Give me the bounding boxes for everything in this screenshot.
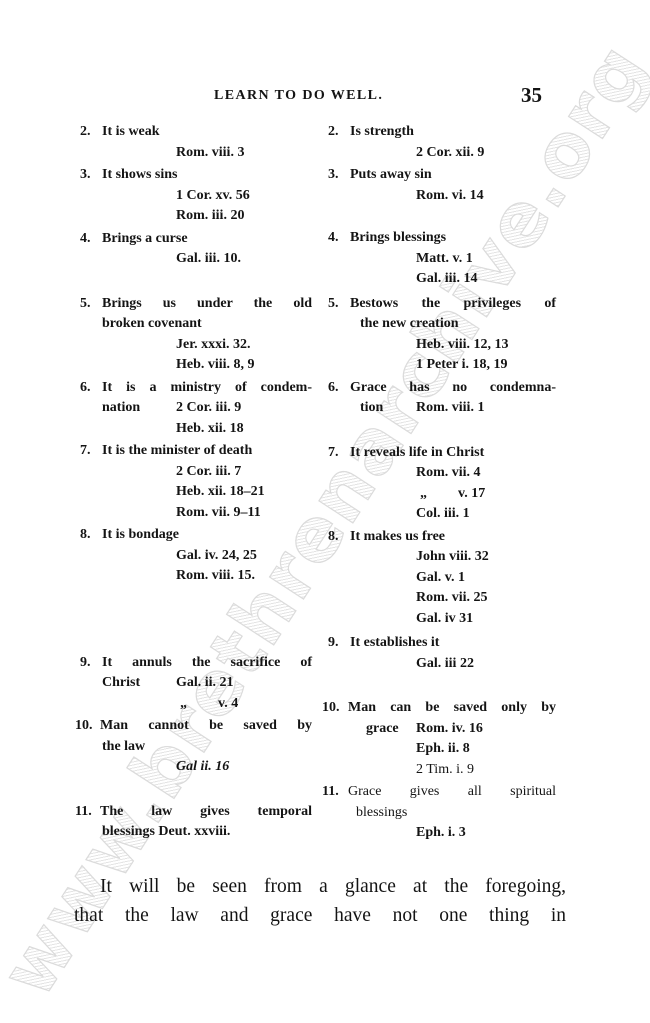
law-item-2: 2.It is weak Rom. viii. 3 bbox=[80, 122, 312, 163]
item-text: It is bondage bbox=[102, 525, 312, 546]
scripture-ref: 2 Cor. xii. 9 bbox=[328, 143, 556, 164]
scripture-ref: Matt. v. 1 bbox=[328, 249, 556, 270]
item-text: Man can be saved only by bbox=[348, 698, 556, 719]
scripture-ref: Rom. iii. 20 bbox=[80, 206, 312, 227]
scripture-ref: Rom. vii. 9–11 bbox=[80, 503, 312, 524]
law-item-4: 4.Brings a curse Gal. iii. 10. bbox=[80, 229, 312, 270]
item-text: It annuls the sacrifice of bbox=[102, 653, 312, 674]
item-text: grace bbox=[366, 719, 416, 740]
scripture-ref: 1 Peter i. 18, 19 bbox=[328, 355, 556, 376]
law-item-6: 6.It is a ministry of condem- nation2 Co… bbox=[80, 378, 312, 440]
item-text: It is weak bbox=[102, 122, 312, 143]
scripture-ref: „v. 4 bbox=[80, 694, 312, 715]
scripture-ref: Heb. viii. 12, 13 bbox=[328, 335, 556, 356]
scripture-ref: Gal ii. 16 bbox=[80, 757, 312, 778]
grace-item-4: 4.Brings blessings Matt. v. 1 Gal. iii. … bbox=[328, 228, 556, 290]
item-number: 10. bbox=[322, 698, 348, 719]
item-text: It is the minister of death bbox=[102, 441, 312, 462]
item-text: It makes us free bbox=[350, 527, 556, 548]
item-text: Is strength bbox=[350, 122, 556, 143]
item-text: tion bbox=[360, 398, 416, 419]
ditto-mark: „ bbox=[416, 484, 458, 505]
item-number: 3. bbox=[80, 165, 102, 186]
scripture-ref: Rom. vi. 14 bbox=[328, 186, 556, 207]
item-number: 9. bbox=[328, 633, 350, 654]
scripture-ref: Rom. viii. 15. bbox=[80, 566, 312, 587]
scripture-ref: 2 Cor. iii. 7 bbox=[80, 462, 312, 483]
item-text-continued: the new creation bbox=[328, 314, 556, 335]
scripture-ref: John viii. 32 bbox=[328, 547, 556, 568]
item-number: 8. bbox=[80, 525, 102, 546]
grace-item-9: 9.It establishes it Gal. iii 22 bbox=[328, 633, 556, 674]
item-text: Brings us under the old bbox=[102, 294, 312, 315]
scripture-ref: 2 Cor. iii. 9 bbox=[176, 400, 241, 415]
scripture-ref: Gal. iv 31 bbox=[328, 609, 556, 630]
running-head: LEARN TO DO WELL. 35 bbox=[0, 86, 650, 108]
item-number: 4. bbox=[328, 228, 350, 249]
item-number: 2. bbox=[328, 122, 350, 143]
law-item-9: 9.It annuls the sacrifice of ChristGal. … bbox=[80, 653, 312, 715]
item-number: 11. bbox=[75, 802, 100, 823]
item-text-continued: nation2 Cor. iii. 9 bbox=[80, 398, 312, 419]
scripture-ref: Rom. viii. 1 bbox=[416, 400, 484, 415]
law-item-5: 5.Brings us under the old broken covenan… bbox=[80, 294, 312, 376]
item-number: 3. bbox=[328, 165, 350, 186]
grace-item-5: 5.Bestows the privileges of the new crea… bbox=[328, 294, 556, 376]
item-text: The law gives temporal bbox=[100, 802, 312, 823]
scripture-ref: Rom. iv. 16 bbox=[416, 721, 483, 736]
book-page: LEARN TO DO WELL. 35 2.It is weak Rom. v… bbox=[0, 0, 650, 1023]
item-text: Brings a curse bbox=[102, 229, 312, 250]
grace-item-11: 11.Grace gives all spiritual blessings E… bbox=[328, 782, 556, 844]
item-text-continued: the law bbox=[80, 737, 312, 758]
item-text-continued: broken covenant bbox=[80, 314, 312, 335]
law-column: 2.It is weak Rom. viii. 3 3.It shows sin… bbox=[80, 122, 312, 843]
grace-item-3: 3.Puts away sin Rom. vi. 14 bbox=[328, 165, 556, 206]
ditto-mark: „ bbox=[176, 694, 218, 715]
closing-paragraph: It will be seen from a glance at the for… bbox=[74, 872, 566, 930]
item-text-continued: ChristGal. ii. 21 bbox=[80, 673, 312, 694]
item-text: Christ bbox=[102, 673, 176, 694]
page-number: 35 bbox=[521, 83, 542, 108]
scripture-ref: Eph. i. 3 bbox=[328, 823, 556, 844]
item-text-continued: blessings Deut. xxviii. bbox=[80, 822, 312, 843]
item-text: It reveals life in Christ bbox=[350, 443, 556, 464]
item-text-continued: blessings bbox=[328, 803, 556, 824]
scripture-ref: Heb. xii. 18–21 bbox=[80, 482, 312, 503]
grace-item-8: 8.It makes us free John viii. 32 Gal. v.… bbox=[328, 527, 556, 630]
item-text: blessings bbox=[102, 824, 155, 839]
item-number: 7. bbox=[328, 443, 350, 464]
scripture-ref: Gal. iii. 14 bbox=[328, 269, 556, 290]
item-text: Grace has no condemna- bbox=[350, 378, 556, 399]
scripture-ref: Gal. iii 22 bbox=[328, 654, 556, 675]
running-title: LEARN TO DO WELL. bbox=[214, 88, 383, 104]
item-text: It establishes it bbox=[350, 633, 556, 654]
scripture-ref: Gal. iii. 10. bbox=[80, 249, 312, 270]
item-number: 5. bbox=[328, 294, 350, 315]
item-text: It is a ministry of condem- bbox=[102, 378, 312, 399]
grace-item-2: 2.Is strength 2 Cor. xii. 9 bbox=[328, 122, 556, 163]
item-number: 4. bbox=[80, 229, 102, 250]
grace-item-10: 10.Man can be saved only by graceRom. iv… bbox=[328, 698, 556, 780]
scripture-ref: „v. 17 bbox=[328, 484, 556, 505]
scripture-ref: Col. iii. 1 bbox=[328, 504, 556, 525]
item-text: Brings blessings bbox=[350, 228, 556, 249]
item-text: Puts away sin bbox=[350, 165, 556, 186]
law-item-11: 11.The law gives temporal blessings Deut… bbox=[80, 802, 312, 843]
item-number: 10. bbox=[75, 716, 100, 737]
item-number: 9. bbox=[80, 653, 102, 674]
grace-column: 2.Is strength 2 Cor. xii. 9 3.Puts away … bbox=[328, 122, 556, 844]
item-text-continued: tionRom. viii. 1 bbox=[328, 398, 556, 419]
scripture-ref: Rom. viii. 3 bbox=[80, 143, 312, 164]
item-number: 11. bbox=[322, 782, 348, 803]
item-text: nation bbox=[102, 398, 176, 419]
item-number: 6. bbox=[328, 378, 350, 399]
scripture-ref: Heb. viii. 8, 9 bbox=[80, 355, 312, 376]
scripture-ref: Jer. xxxi. 32. bbox=[80, 335, 312, 356]
law-item-7: 7.It is the minister of death 2 Cor. iii… bbox=[80, 441, 312, 523]
item-number: 8. bbox=[328, 527, 350, 548]
law-item-3: 3.It shows sins 1 Cor. xv. 56 Rom. iii. … bbox=[80, 165, 312, 227]
scripture-ref: Deut. xxviii. bbox=[158, 824, 230, 839]
item-number: 2. bbox=[80, 122, 102, 143]
grace-item-6: 6.Grace has no condemna- tionRom. viii. … bbox=[328, 378, 556, 419]
paragraph-line: that the law and grace have not one thin… bbox=[74, 901, 566, 930]
law-item-10: 10.Man cannot be saved by the law Gal ii… bbox=[80, 716, 312, 778]
scripture-ref: Gal. iv. 24, 25 bbox=[80, 546, 312, 567]
item-number: 6. bbox=[80, 378, 102, 399]
scripture-ref: 2 Tim. i. 9 bbox=[328, 760, 556, 781]
item-text: It shows sins bbox=[102, 165, 312, 186]
item-number: 5. bbox=[80, 294, 102, 315]
scripture-ref: Rom. vii. 4 bbox=[328, 463, 556, 484]
scripture-ref: Heb. xii. 18 bbox=[80, 419, 312, 440]
item-number: 7. bbox=[80, 441, 102, 462]
scripture-ref: 1 Cor. xv. 56 bbox=[80, 186, 312, 207]
scripture-ref: Gal. v. 1 bbox=[328, 568, 556, 589]
item-text: Bestows the privileges of bbox=[350, 294, 556, 315]
law-item-8: 8.It is bondage Gal. iv. 24, 25 Rom. vii… bbox=[80, 525, 312, 587]
scripture-ref: Eph. ii. 8 bbox=[328, 739, 556, 760]
scripture-ref: Gal. ii. 21 bbox=[176, 675, 234, 690]
item-text-continued: graceRom. iv. 16 bbox=[328, 719, 556, 740]
grace-item-7: 7.It reveals life in Christ Rom. vii. 4 … bbox=[328, 443, 556, 525]
item-text: Grace gives all spiritual bbox=[348, 782, 556, 803]
paragraph-line: It will be seen from a glance at the for… bbox=[74, 872, 566, 901]
item-text: Man cannot be saved by bbox=[100, 716, 312, 737]
scripture-ref: Rom. vii. 25 bbox=[328, 588, 556, 609]
